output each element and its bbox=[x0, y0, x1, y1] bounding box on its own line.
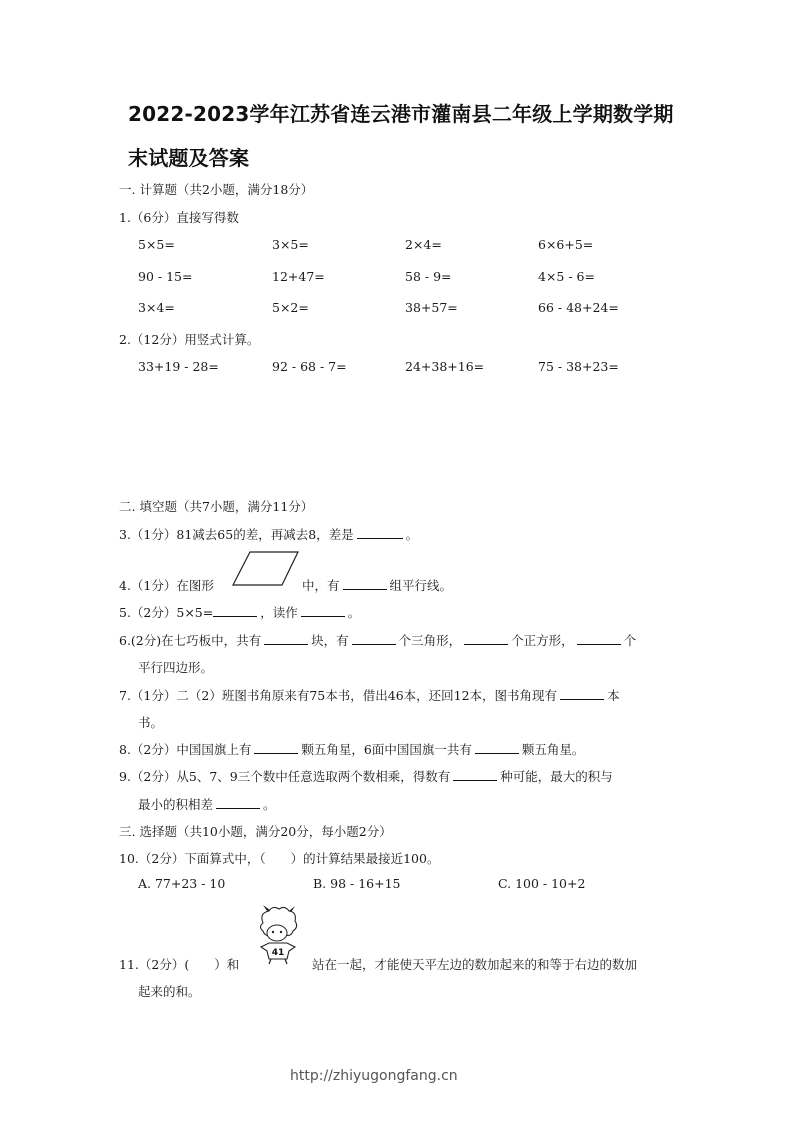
expression: 3×5= bbox=[272, 237, 309, 252]
answer-blank[interactable] bbox=[577, 632, 621, 645]
cartoon-sheep-figure: 41 bbox=[253, 903, 303, 967]
question-11: 11.（2分）( ）和 bbox=[119, 955, 239, 973]
question-7: 7.（1分）二（2）班图书角原来有75本书，借出46本，还回12本，图书角现有本 bbox=[119, 686, 620, 704]
question-8: 8.（2分）中国国旗上有颗五角星，6面中国国旗一共有颗五角星。 bbox=[119, 740, 584, 758]
answer-blank[interactable] bbox=[213, 604, 257, 617]
section-heading-calculation: 一. 计算题（共2小题，满分18分） bbox=[119, 180, 313, 198]
expression: 12+47= bbox=[272, 269, 325, 284]
expression: 58 - 9= bbox=[405, 269, 452, 284]
question-7-cont: 书。 bbox=[138, 713, 163, 731]
question-4: 4.（1分）在图形 bbox=[119, 576, 214, 594]
parallelogram-figure bbox=[230, 549, 302, 589]
question-1-prompt: 1.（6分）直接写得数 bbox=[119, 208, 239, 226]
answer-blank[interactable] bbox=[475, 741, 519, 754]
question-10-prompt: 10.（2分）下面算式中，（ ）的计算结果最接近100。 bbox=[119, 849, 439, 867]
svg-text:41: 41 bbox=[272, 948, 285, 958]
expression: 90 - 15= bbox=[138, 269, 192, 284]
answer-blank[interactable] bbox=[343, 577, 387, 590]
answer-blank[interactable] bbox=[453, 768, 497, 781]
q8-text-c: 颗五角星。 bbox=[522, 742, 585, 757]
option-c[interactable]: C. 100 - 10+2 bbox=[498, 876, 585, 891]
q5-text-b: ，读作 bbox=[260, 605, 298, 620]
question-4-cont: 中，有组平行线。 bbox=[302, 576, 452, 594]
q9-text: 9.（2分）从5、7、9三个数中任意选取两个数相乘，得数有 bbox=[119, 769, 450, 784]
question-11-cont: 站在一起，才能使天平左边的数加起来的和等于右边的数加 bbox=[312, 955, 637, 973]
question-9-cont: 最小的积相差。 bbox=[138, 795, 276, 813]
document-title-line1: 2022-2023学年江苏省连云港市灌南县二年级上学期数学期 bbox=[128, 98, 674, 127]
q7-text-b: 本 bbox=[607, 688, 620, 703]
answer-blank[interactable] bbox=[464, 632, 508, 645]
q8-text: 8.（2分）中国国旗上有 bbox=[119, 742, 251, 757]
expression: 33+19 - 28= bbox=[138, 359, 219, 374]
q6-text-c: 个三角形， bbox=[399, 633, 462, 648]
question-2-prompt: 2.（12分）用竖式计算。 bbox=[119, 330, 259, 348]
expression: 24+38+16= bbox=[405, 359, 484, 374]
expression: 66 - 48+24= bbox=[538, 300, 619, 315]
expression: 2×4= bbox=[405, 237, 442, 252]
q6-text: 6.(2分)在七巧板中，共有 bbox=[119, 633, 261, 648]
question-6: 6.(2分)在七巧板中，共有块，有个三角形，个正方形，个 bbox=[119, 631, 636, 649]
question-6-cont: 平行四边形。 bbox=[138, 658, 213, 676]
answer-blank[interactable] bbox=[560, 687, 604, 700]
q7-text: 7.（1分）二（2）班图书角原来有75本书，借出46本，还回12本，图书角现有 bbox=[119, 688, 557, 703]
option-b[interactable]: B. 98 - 16+15 bbox=[313, 876, 401, 891]
q6-text-e: 个 bbox=[624, 633, 637, 648]
question-9: 9.（2分）从5、7、9三个数中任意选取两个数相乘，得数有种可能，最大的积与 bbox=[119, 767, 613, 785]
question-11-end: 起来的和。 bbox=[138, 982, 201, 1000]
q3-end: 。 bbox=[406, 527, 419, 542]
answer-blank[interactable] bbox=[254, 741, 298, 754]
expression: 38+57= bbox=[405, 300, 458, 315]
question-3: 3.（1分）81减去65的差，再减去8，差是。 bbox=[119, 525, 418, 543]
section-heading-fill-in: 二. 填空题（共7小题，满分11分） bbox=[119, 497, 313, 515]
answer-blank[interactable] bbox=[352, 632, 396, 645]
answer-blank[interactable] bbox=[264, 632, 308, 645]
document-title-line2: 末试题及答案 bbox=[128, 142, 249, 171]
question-5: 5.（2分）5×5=，读作。 bbox=[119, 603, 360, 621]
q4-text-b: 中，有 bbox=[302, 578, 340, 593]
q6-text-d: 个正方形， bbox=[511, 633, 574, 648]
expression: 92 - 68 - 7= bbox=[272, 359, 347, 374]
expression: 5×5= bbox=[138, 237, 175, 252]
expression: 75 - 38+23= bbox=[538, 359, 619, 374]
q4-text: 4.（1分）在图形 bbox=[119, 578, 214, 593]
q8-text-b: 颗五角星，6面中国国旗一共有 bbox=[301, 742, 471, 757]
q5-text: 5.（2分）5×5= bbox=[119, 605, 213, 620]
expression: 4×5 - 6= bbox=[538, 269, 595, 284]
q9-text-c: 最小的积相差 bbox=[138, 797, 213, 812]
q9-end: 。 bbox=[263, 797, 276, 812]
q6-text-b: 块，有 bbox=[311, 633, 349, 648]
expression: 5×2= bbox=[272, 300, 309, 315]
option-a[interactable]: A. 77+23 - 10 bbox=[138, 876, 225, 891]
answer-blank[interactable] bbox=[301, 604, 345, 617]
footer-url[interactable]: http://zhiyugongfang.cn bbox=[290, 1068, 458, 1084]
q9-text-b: 种可能，最大的积与 bbox=[500, 769, 613, 784]
q4-text-c: 组平行线。 bbox=[390, 578, 453, 593]
expression: 6×6+5= bbox=[538, 237, 593, 252]
q5-end: 。 bbox=[348, 605, 361, 620]
answer-blank[interactable] bbox=[216, 796, 260, 809]
section-heading-multiple-choice: 三. 选择题（共10小题，满分20分，每小题2分） bbox=[119, 822, 392, 840]
q3-text: 3.（1分）81减去65的差，再减去8，差是 bbox=[119, 527, 354, 542]
answer-blank[interactable] bbox=[357, 526, 403, 539]
sheep-icon: 41 bbox=[253, 903, 303, 967]
expression: 3×4= bbox=[138, 300, 175, 315]
